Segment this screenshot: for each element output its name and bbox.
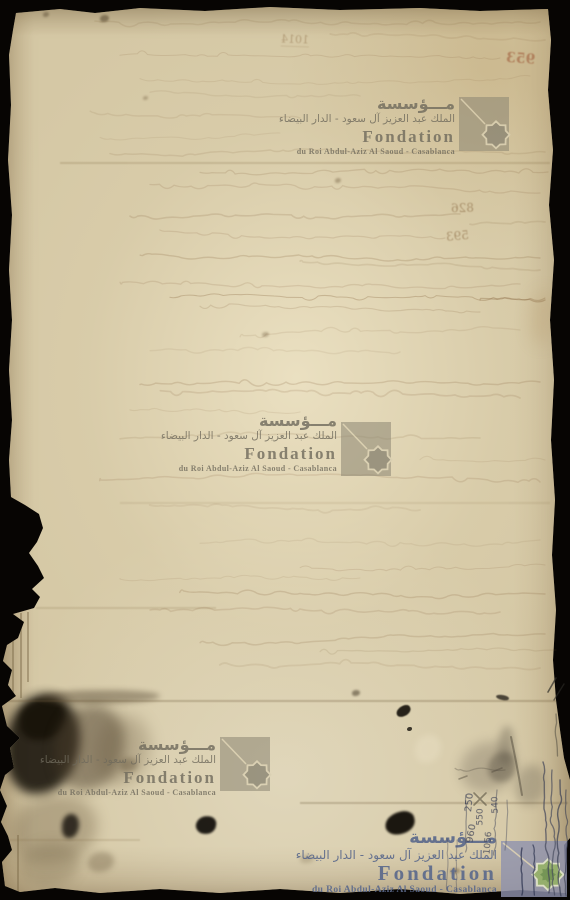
paper-stain (262, 332, 269, 337)
foundation-watermark-text: مـــؤسسة الملك عبد العزيز آل سعود - الدا… (125, 95, 455, 157)
star-icon (483, 121, 510, 148)
foundation-logo-icon (501, 841, 570, 900)
foundation-arabic-subtitle: الملك عبد العزيز آل سعود - الدار البيضاء (125, 112, 455, 127)
paper-crease (0, 839, 140, 841)
foundation-watermark: مـــؤسسة الملك عبد العزيز آل سعود - الدا… (157, 828, 570, 900)
bleedthrough-number: 953 (505, 50, 535, 68)
bleedthrough-number: 593 (445, 228, 469, 244)
paper-stain (530, 290, 556, 345)
paper-stain (20, 842, 80, 887)
handwritten-numeral: 550 (475, 808, 485, 825)
paper-stain (415, 735, 441, 763)
foundation-logo-icon (341, 422, 411, 482)
foundation-arabic-subtitle: الملك عبد العزيز آل سعود - الدار البيضاء (0, 753, 216, 768)
foundation-watermark-text: مـــؤسسة الملك عبد العزيز آل سعود - الدا… (157, 828, 497, 896)
foundation-latin-subtitle: du Roi Abdul-Aziz Al Saoud - Casablanca (157, 884, 497, 896)
fold-line (20, 613, 22, 698)
fold-line (17, 835, 19, 893)
foundation-watermark: مـــؤسسة الملك عبد العزيز آل سعود - الدا… (7, 412, 411, 482)
paper-crease (120, 502, 550, 504)
handwritten-numeral: 250 (463, 792, 476, 812)
foundation-latin-subtitle: du Roi Abdul-Aziz Al Saoud - Casablanca (7, 463, 337, 474)
scanned-document-page: 1014 953 826 593 مـــؤسسة الملك عبد العز… (0, 0, 570, 900)
bleedthrough-number: 826 (451, 201, 474, 216)
star-icon (365, 446, 392, 473)
star-leaf-icon (540, 867, 556, 883)
paper-crease (36, 607, 216, 609)
foundation-watermark: مـــؤسسة الملك عبد العزيز آل سعود - الدا… (125, 95, 529, 157)
handwritten-numeral: 1056 (482, 831, 494, 855)
foundation-latin-title: Fondation (0, 768, 216, 787)
foundation-watermark-text: مـــؤسسة الملك عبد العزيز آل سعود - الدا… (0, 736, 216, 798)
fold-line (27, 612, 29, 682)
foundation-latin-subtitle: du Roi Abdul-Aziz Al Saoud - Casablanca (0, 787, 216, 798)
foundation-latin-subtitle: du Roi Abdul-Aziz Al Saoud - Casablanca (125, 146, 455, 157)
foundation-logo-icon (220, 737, 290, 797)
star-icon (244, 761, 271, 788)
foundation-arabic-title: مـــؤسسة (7, 412, 337, 429)
handwritten-numeral: 540 (490, 796, 501, 814)
paper-stain (352, 690, 360, 696)
paper-stain (43, 12, 49, 17)
paper-crease (300, 802, 568, 804)
paper-stain (335, 178, 341, 183)
foundation-latin-title: Fondation (125, 127, 455, 146)
paper-stain (88, 852, 114, 872)
foundation-latin-title: Fondation (7, 444, 337, 463)
paper-stain (100, 15, 109, 22)
foundation-arabic-title: مـــؤسسة (157, 828, 497, 847)
foundation-arabic-subtitle: الملك عبد العزيز آل سعود - الدار البيضاء (7, 429, 337, 444)
foundation-watermark: مـــؤسسة الملك عبد العزيز آل سعود - الدا… (0, 736, 290, 798)
foundation-arabic-title: مـــؤسسة (125, 95, 455, 112)
paper-crease (60, 162, 550, 164)
paper-crease (0, 700, 570, 702)
fold-line (12, 613, 14, 693)
bleedthrough-number: 1014 (281, 33, 309, 48)
foundation-watermark-text: مـــؤسسة الملك عبد العزيز آل سعود - الدا… (7, 412, 337, 474)
foundation-logo-icon (459, 97, 529, 157)
foundation-arabic-title: مـــؤسسة (0, 736, 216, 753)
foundation-latin-title: Fondation (157, 863, 497, 884)
